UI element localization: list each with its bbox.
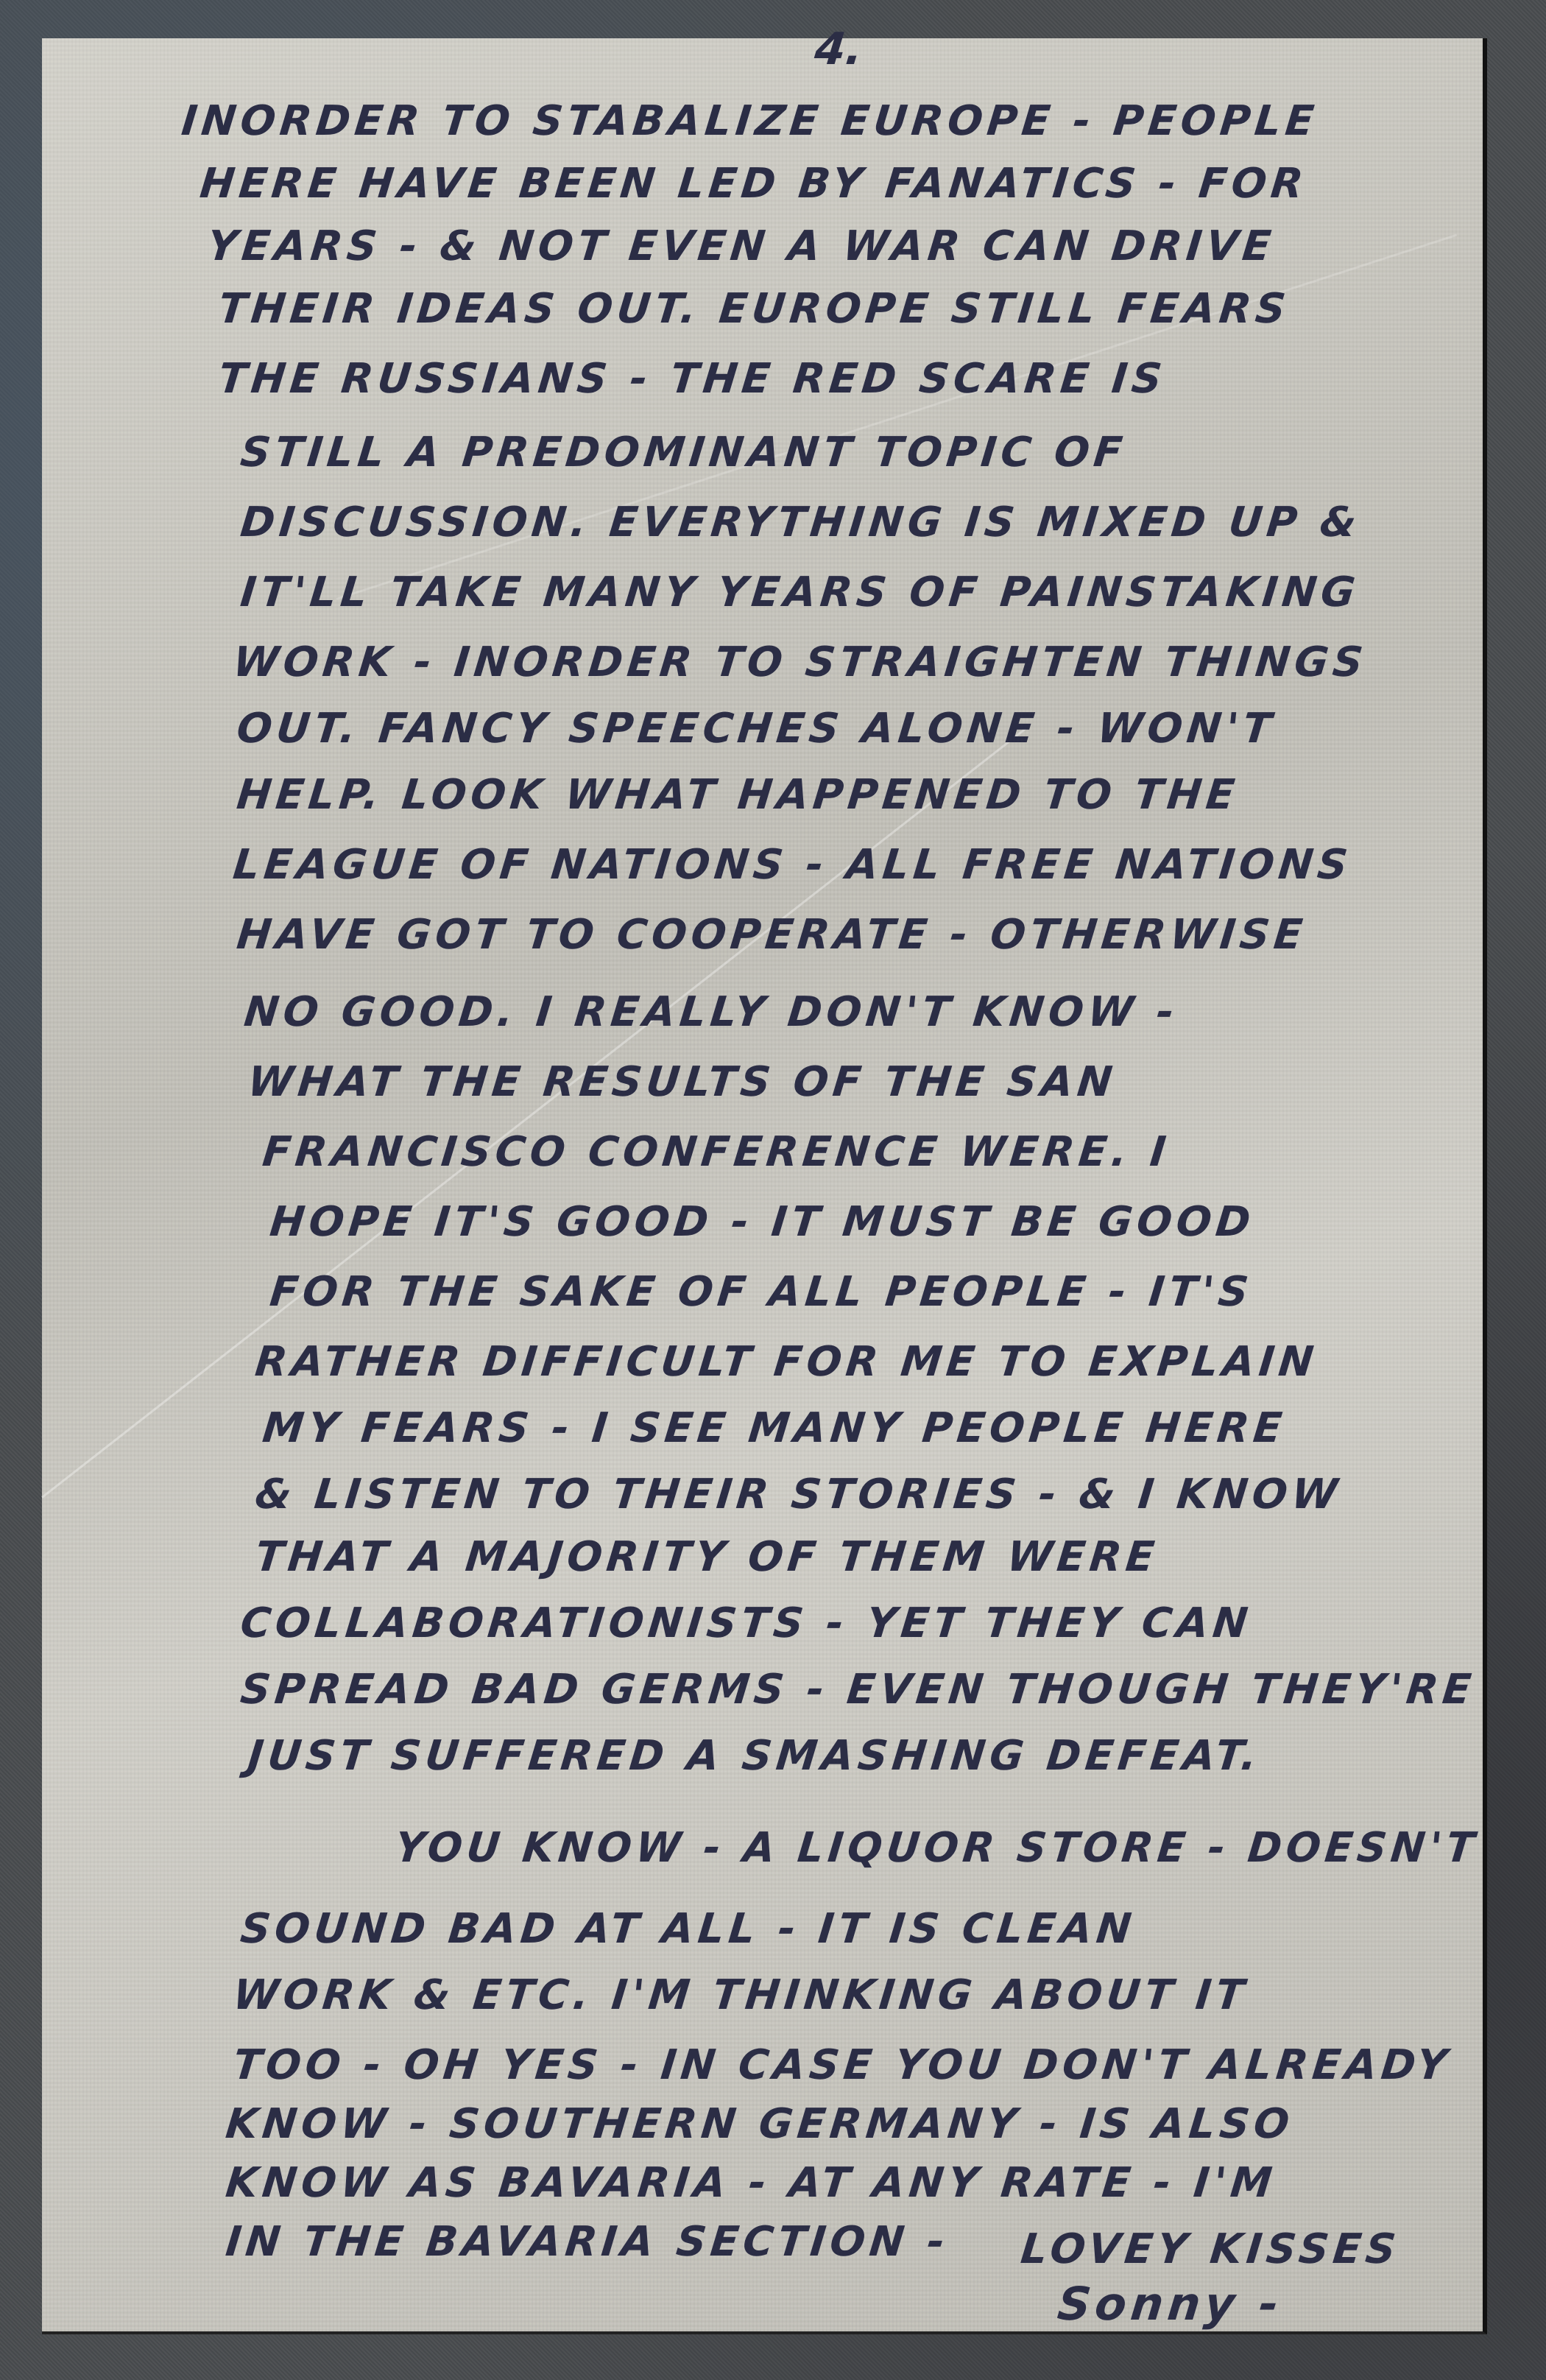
letter-line: You know - a liquor store - doesn't — [393, 1824, 1481, 1872]
letter-line: spread bad germs - even though they're — [239, 1666, 1478, 1714]
letter-line: work - inorder to straighten things — [231, 638, 1370, 686]
letter-line: out. Fancy speeches alone - won't — [235, 705, 1278, 753]
signature: Sonny - — [1055, 2277, 1285, 2331]
letter-line: in the Bavaria section - — [224, 2218, 952, 2266]
letter-page: 4. inorder to stabalize Europe - People … — [42, 38, 1487, 2334]
letter-closing: Lovey Kisses — [1019, 2225, 1402, 2273]
letter-line: discussion. Everything is mixed up & — [239, 499, 1363, 546]
letter-line: & listen to their stories - & I know — [253, 1471, 1344, 1518]
letter-line: League of Nations - All free nations — [231, 841, 1355, 889]
letter-line: inorder to stabalize Europe - People — [180, 97, 1321, 145]
letter-line: have got to cooperate - otherwise — [235, 911, 1310, 959]
letter-line: work & etc. I'm thinking about it — [231, 1971, 1251, 2019]
letter-line: just suffered a smashing defeat. — [246, 1732, 1264, 1780]
letter-line: here have been led by fanatics - for — [198, 160, 1310, 208]
page-number: 4. — [812, 24, 865, 75]
letter-line: know as Bavaria - At any rate - I'm — [224, 2159, 1279, 2207]
letter-line: it'll take many years of painstaking — [239, 568, 1362, 616]
letter-line: what the results of the San — [246, 1058, 1119, 1106]
letter-line: the Russians - the red scare is — [216, 355, 1169, 403]
letter-line: help. Look what happened to the — [235, 771, 1241, 819]
letter-line: their ideas out. Europe still fears — [216, 285, 1293, 333]
letter-line: collaborationists - yet they can — [239, 1599, 1254, 1647]
letter-line: hope it's good - it must be good — [268, 1198, 1257, 1246]
letter-line: no good. I really don't know - — [242, 988, 1181, 1036]
letter-line: my fears - I see many people here — [261, 1404, 1289, 1452]
letter-line: years - & not even a war can drive — [205, 222, 1278, 270]
letter-line: sound bad at all - It is clean — [239, 1905, 1138, 1953]
letter-line: rather difficult for me to explain — [253, 1338, 1321, 1386]
letter-line: still a predominant topic of — [239, 429, 1129, 476]
letter-line: that a majority of them were — [253, 1533, 1161, 1581]
letter-line: Francisco Conference were. I — [261, 1128, 1173, 1176]
letter-line: for the sake of all people - It's — [268, 1268, 1255, 1316]
letter-line: know - Southern Germany - is also — [224, 2100, 1296, 2148]
letter-line: too - Oh yes - in case you don't already — [231, 2041, 1454, 2089]
